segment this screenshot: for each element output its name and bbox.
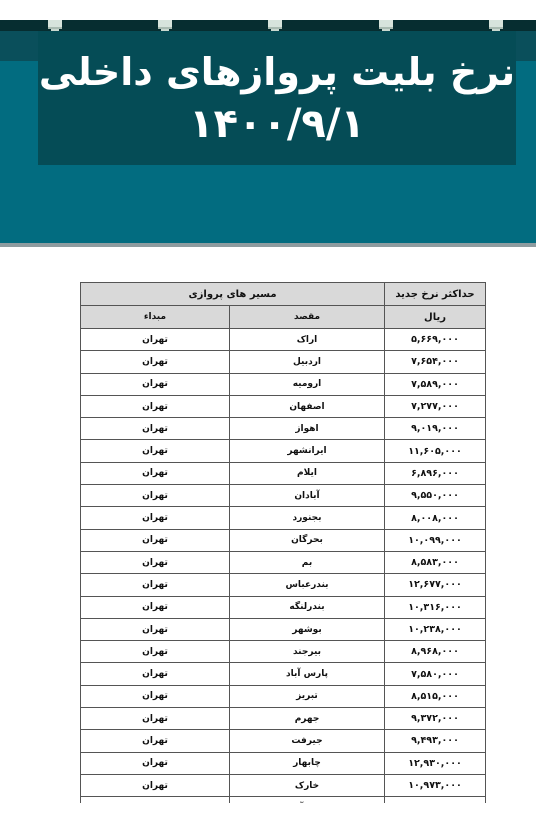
- page-crop-edge: [0, 803, 536, 832]
- price-cell: ۶,۸۹۶,۰۰۰: [385, 462, 486, 484]
- header-row-columns: ریال مقصد مبداء: [81, 306, 486, 329]
- table-row: ۹,۰۱۹,۰۰۰اهوازتهران: [81, 418, 486, 440]
- header-route-group: مسیر های پروازی: [81, 283, 385, 306]
- destination-cell: چابهار: [230, 752, 385, 774]
- origin-cell: تهران: [81, 395, 230, 417]
- origin-cell: تهران: [81, 685, 230, 707]
- date-label: ۱۴۰۰/۹/۱: [189, 98, 365, 150]
- origin-cell: تهران: [81, 373, 230, 395]
- header-origin: مبداء: [81, 306, 230, 329]
- table-row: ۶,۸۹۶,۰۰۰ایلامتهران: [81, 462, 486, 484]
- destination-cell: آبادان: [230, 485, 385, 507]
- table-row: ۸,۰۰۸,۰۰۰بجنوردتهران: [81, 507, 486, 529]
- destination-cell: بندرلنگه: [230, 596, 385, 618]
- fare-table-container: حداکثر نرخ جدید مسیر های پروازی ریال مقص…: [80, 282, 485, 820]
- table-row: ۹,۳۷۲,۰۰۰جهرمتهران: [81, 708, 486, 730]
- price-cell: ۱۰,۹۷۳,۰۰۰: [385, 774, 486, 796]
- destination-cell: ایلام: [230, 462, 385, 484]
- table-row: ۵,۶۶۹,۰۰۰اراکتهران: [81, 329, 486, 351]
- table-row: ۹,۴۹۳,۰۰۰جیرفتتهران: [81, 730, 486, 752]
- price-cell: ۷,۵۸۰,۰۰۰: [385, 663, 486, 685]
- price-cell: ۷,۵۸۹,۰۰۰: [385, 373, 486, 395]
- destination-cell: اهواز: [230, 418, 385, 440]
- hanging-clip-icon: [48, 20, 62, 29]
- table-row: ۱۰,۲۳۸,۰۰۰بوشهرتهران: [81, 618, 486, 640]
- destination-cell: پارس آباد: [230, 663, 385, 685]
- price-cell: ۱۰,۲۳۸,۰۰۰: [385, 618, 486, 640]
- price-cell: ۸,۰۰۸,۰۰۰: [385, 507, 486, 529]
- header-price-group: حداکثر نرخ جدید: [385, 283, 486, 306]
- origin-cell: تهران: [81, 752, 230, 774]
- price-cell: ۵,۶۶۹,۰۰۰: [385, 329, 486, 351]
- price-cell: ۱۱,۶۰۵,۰۰۰: [385, 440, 486, 462]
- header-destination: مقصد: [230, 306, 385, 329]
- price-cell: ۱۲,۹۳۰,۰۰۰: [385, 752, 486, 774]
- table-row: ۱۰,۰۹۹,۰۰۰بحرگانتهران: [81, 529, 486, 551]
- origin-cell: تهران: [81, 730, 230, 752]
- origin-cell: تهران: [81, 774, 230, 796]
- table-row: ۱۰,۳۱۶,۰۰۰بندرلنگهتهران: [81, 596, 486, 618]
- destination-cell: بم: [230, 551, 385, 573]
- origin-cell: تهران: [81, 462, 230, 484]
- origin-cell: تهران: [81, 351, 230, 373]
- price-cell: ۹,۵۵۰,۰۰۰: [385, 485, 486, 507]
- origin-cell: تهران: [81, 574, 230, 596]
- hanging-clip-icon: [268, 20, 282, 29]
- price-cell: ۱۰,۰۹۹,۰۰۰: [385, 529, 486, 551]
- destination-cell: بندرعباس: [230, 574, 385, 596]
- title-panel: نرخ بلیت پروازهای داخلی ۱۴۰۰/۹/۱: [38, 31, 516, 165]
- origin-cell: تهران: [81, 507, 230, 529]
- price-cell: ۷,۲۷۷,۰۰۰: [385, 395, 486, 417]
- table-row: ۷,۵۸۰,۰۰۰پارس آبادتهران: [81, 663, 486, 685]
- destination-cell: ایرانشهر: [230, 440, 385, 462]
- table-row: ۱۱,۶۰۵,۰۰۰ایرانشهرتهران: [81, 440, 486, 462]
- price-cell: ۸,۵۱۵,۰۰۰: [385, 685, 486, 707]
- price-cell: ۹,۳۷۲,۰۰۰: [385, 708, 486, 730]
- table-row: ۸,۵۸۳,۰۰۰بمتهران: [81, 551, 486, 573]
- origin-cell: تهران: [81, 641, 230, 663]
- table-row: ۸,۹۶۸,۰۰۰بیرجندتهران: [81, 641, 486, 663]
- table-row: ۷,۶۵۴,۰۰۰اردبیلتهران: [81, 351, 486, 373]
- table-row: ۱۰,۹۷۳,۰۰۰خارکتهران: [81, 774, 486, 796]
- destination-cell: بجنورد: [230, 507, 385, 529]
- price-cell: ۱۲,۶۷۷,۰۰۰: [385, 574, 486, 596]
- banner: نرخ بلیت پروازهای داخلی ۱۴۰۰/۹/۱: [0, 0, 536, 246]
- destination-cell: جهرم: [230, 708, 385, 730]
- destination-cell: خارک: [230, 774, 385, 796]
- destination-cell: بوشهر: [230, 618, 385, 640]
- destination-cell: جیرفت: [230, 730, 385, 752]
- origin-cell: تهران: [81, 663, 230, 685]
- hanging-clip-icon: [489, 20, 503, 29]
- origin-cell: تهران: [81, 551, 230, 573]
- table-row: ۹,۵۵۰,۰۰۰آبادانتهران: [81, 485, 486, 507]
- origin-cell: تهران: [81, 440, 230, 462]
- header-price-unit: ریال: [385, 306, 486, 329]
- origin-cell: تهران: [81, 708, 230, 730]
- table-row: ۷,۵۸۹,۰۰۰ارومیهتهران: [81, 373, 486, 395]
- price-cell: ۸,۹۶۸,۰۰۰: [385, 641, 486, 663]
- fare-table: حداکثر نرخ جدید مسیر های پروازی ریال مقص…: [80, 282, 486, 820]
- destination-cell: بحرگان: [230, 529, 385, 551]
- header-row-group: حداکثر نرخ جدید مسیر های پروازی: [81, 283, 486, 306]
- hanging-clip-icon: [158, 20, 172, 29]
- table-row: ۷,۲۷۷,۰۰۰اصفهانتهران: [81, 395, 486, 417]
- price-cell: ۹,۴۹۳,۰۰۰: [385, 730, 486, 752]
- destination-cell: اردبیل: [230, 351, 385, 373]
- table-row: ۱۲,۹۳۰,۰۰۰چابهارتهران: [81, 752, 486, 774]
- origin-cell: تهران: [81, 529, 230, 551]
- hanging-clip-icon: [379, 20, 393, 29]
- price-cell: ۹,۰۱۹,۰۰۰: [385, 418, 486, 440]
- table-row: ۸,۵۱۵,۰۰۰تبریزتهران: [81, 685, 486, 707]
- page-title: نرخ بلیت پروازهای داخلی: [39, 46, 515, 98]
- destination-cell: بیرجند: [230, 641, 385, 663]
- table-row: ۱۲,۶۷۷,۰۰۰بندرعباستهران: [81, 574, 486, 596]
- destination-cell: اصفهان: [230, 395, 385, 417]
- destination-cell: اراک: [230, 329, 385, 351]
- origin-cell: تهران: [81, 329, 230, 351]
- price-cell: ۱۰,۳۱۶,۰۰۰: [385, 596, 486, 618]
- price-cell: ۷,۶۵۴,۰۰۰: [385, 351, 486, 373]
- price-cell: ۸,۵۸۳,۰۰۰: [385, 551, 486, 573]
- origin-cell: تهران: [81, 485, 230, 507]
- origin-cell: تهران: [81, 596, 230, 618]
- destination-cell: ارومیه: [230, 373, 385, 395]
- origin-cell: تهران: [81, 418, 230, 440]
- destination-cell: تبریز: [230, 685, 385, 707]
- banner-divider: [0, 243, 536, 247]
- origin-cell: تهران: [81, 618, 230, 640]
